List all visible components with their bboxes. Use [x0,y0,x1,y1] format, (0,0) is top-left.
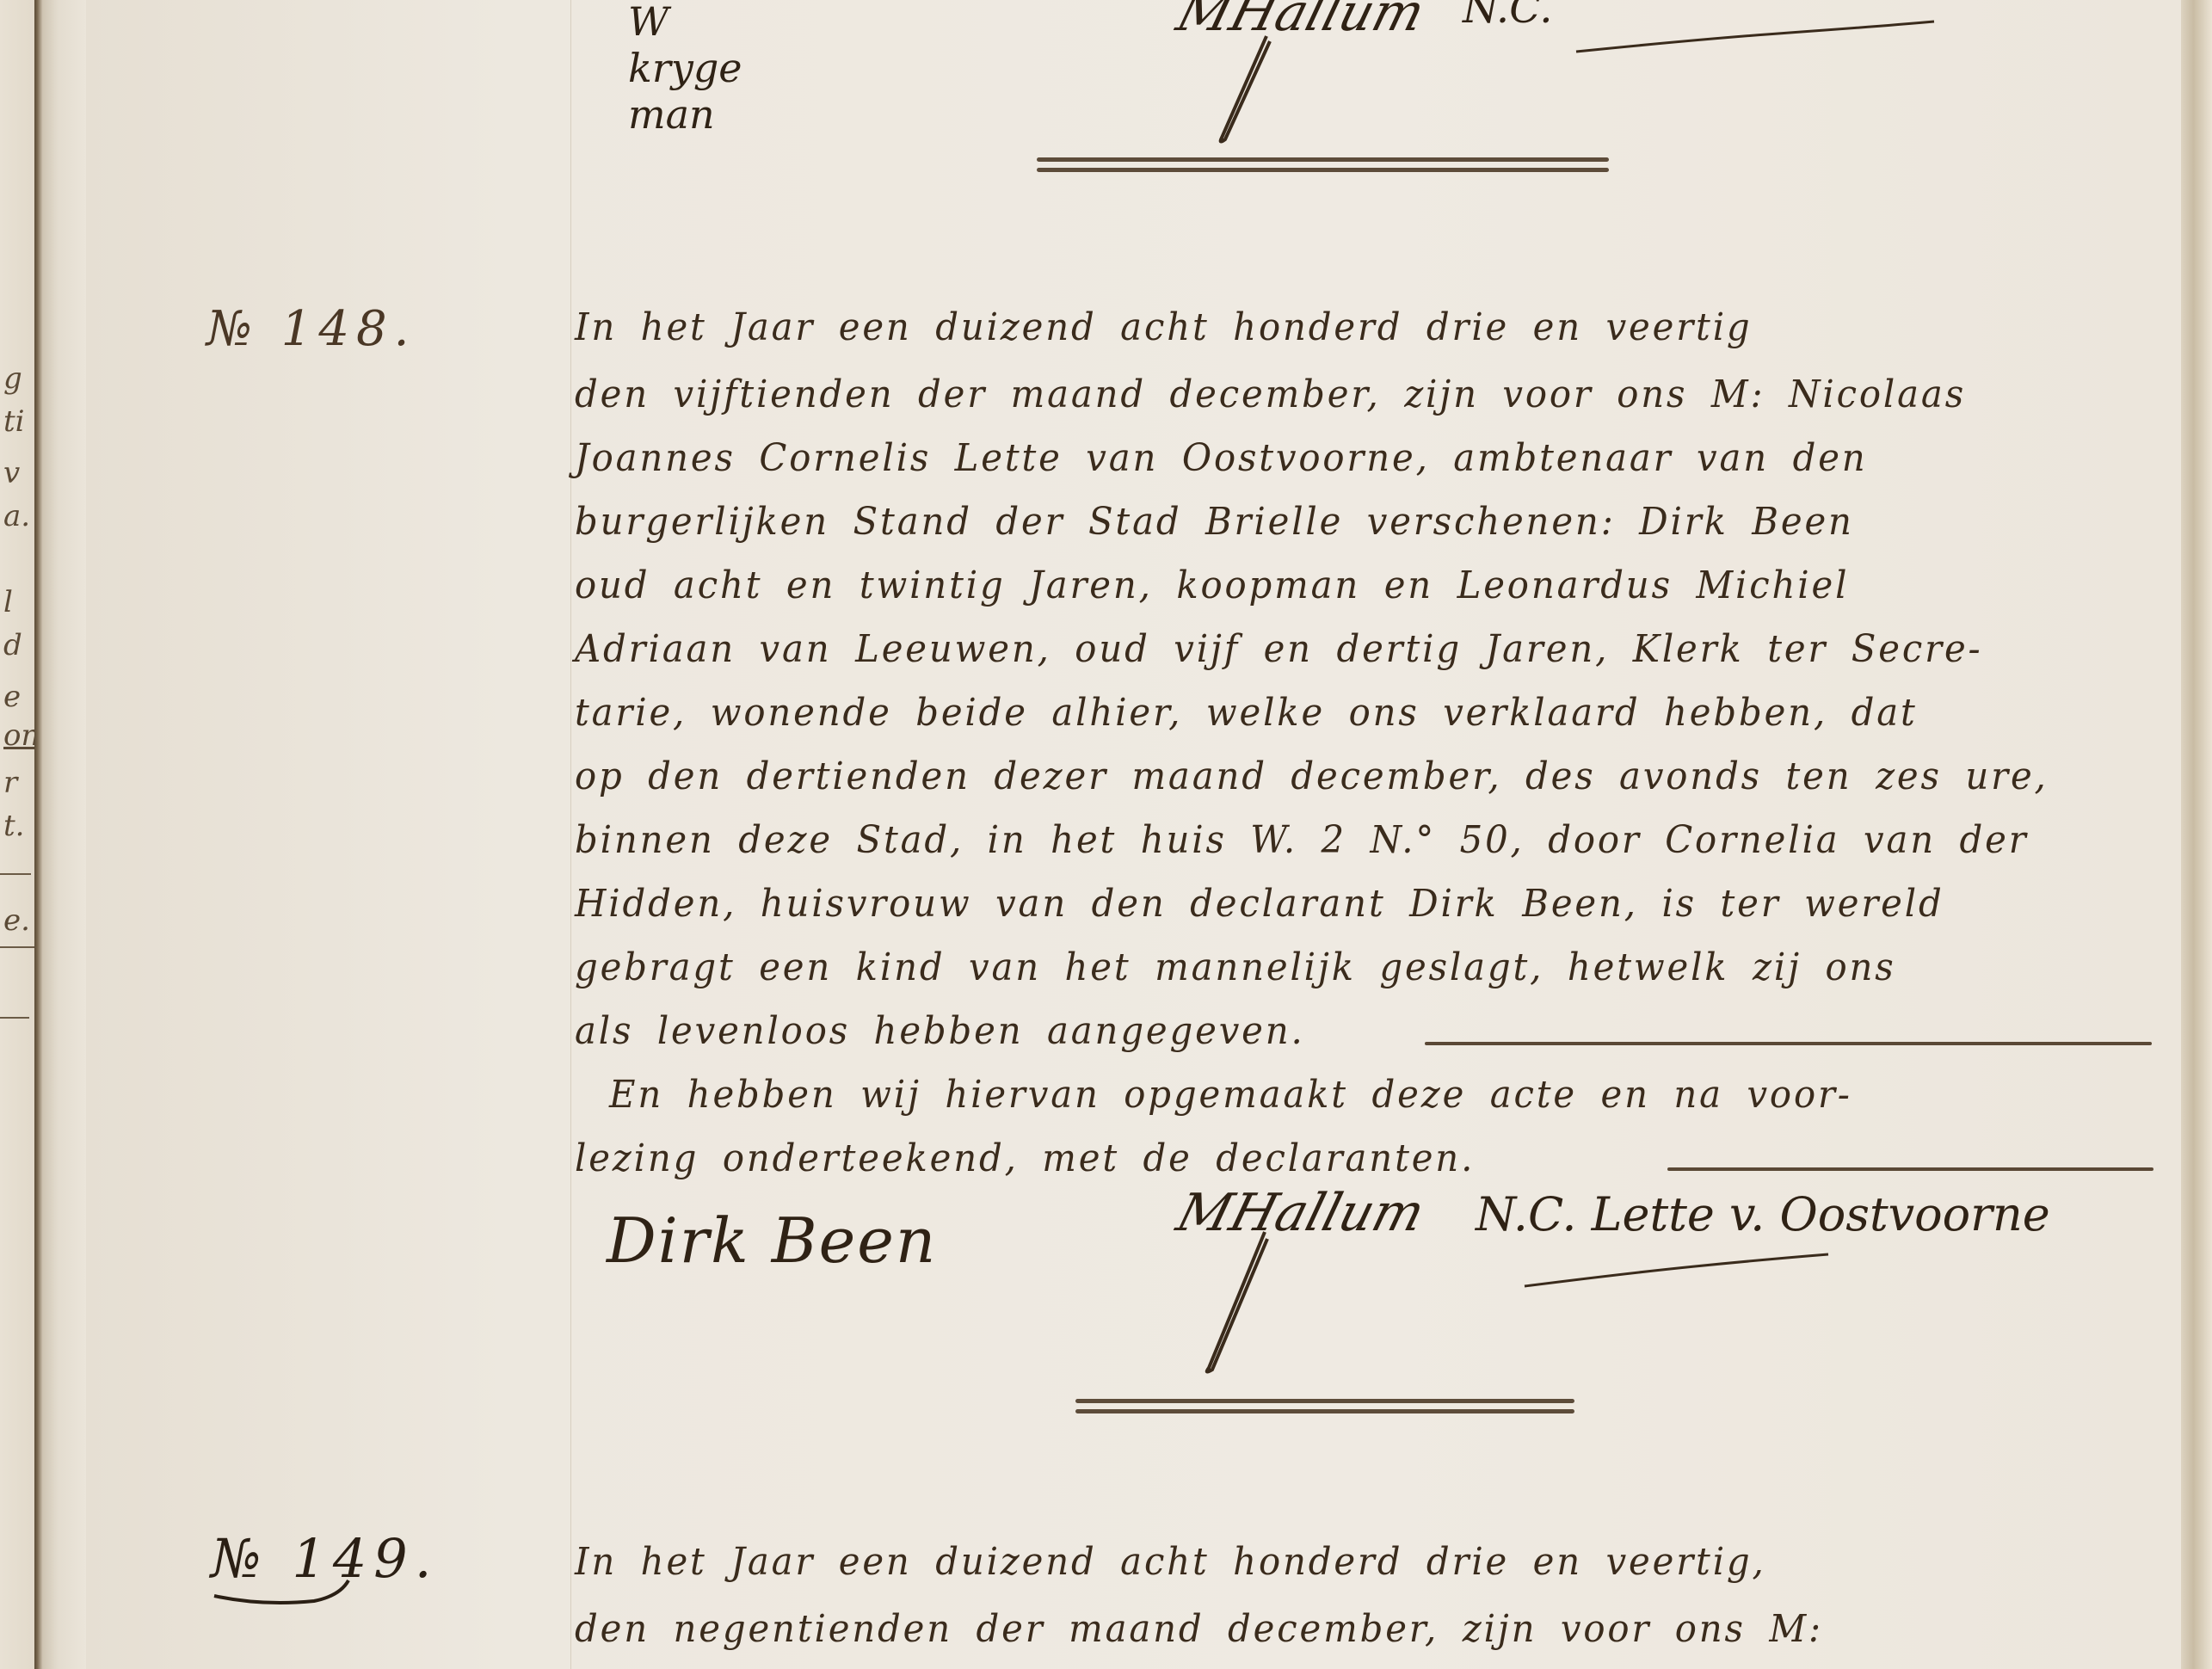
line-filler [1425,1042,2152,1045]
entry-line: tarie, wonende beide alhier, welke ons v… [575,691,1918,735]
signature-flourish [1213,34,1273,146]
left-fragment: ti [3,404,25,439]
signature-official-prev: N.C. [1463,0,1552,33]
number-underline-flourish [211,1579,357,1613]
entry-line: oud acht en twintig Jaren, koopman en Le… [575,564,1849,607]
entry-separator [1075,1399,1574,1420]
left-rule [0,946,38,948]
entry-closing-line: lezing onderteekend, met de declaranten. [575,1136,1475,1180]
entry-line: den vijftienden der maand december, zijn… [575,373,1966,416]
left-fragment: l [3,585,13,619]
entry-number-148: № 148. [206,301,416,357]
left-fragment: a. [3,499,30,533]
entry-line: Joannes Cornelis Lette van Oostvoorne, a… [575,436,1868,480]
entry-line: Hidden, huisvrouw van den declarant Dirk… [575,882,1944,926]
entry-separator [1037,157,1609,178]
entry-line: op den dertienden dezer maand december, … [575,754,2049,798]
entry-closing-line: En hebben wij hiervan opgemaakt deze act… [609,1073,1852,1117]
signature-underline [1574,17,1936,56]
entry-line: den negentienden der maand december, zij… [575,1607,1823,1651]
entry-line: binnen deze Stad, in het huis W. 2 N.° 5… [575,818,2029,862]
left-fragment: r [3,766,17,800]
entry-line: In het Jaar een duizend acht honderd dri… [575,305,1753,349]
left-fragment: t. [3,809,24,843]
signature-declarant: Dirk Been [607,1204,937,1277]
book-gutter [34,0,86,1669]
signature-flourish [1200,1230,1269,1376]
entry-line: als levenloos hebben aangegeven. [575,1009,1305,1053]
margin-line [570,0,571,1669]
signature-mhallum-prev: MHallum [1171,0,1431,43]
signature-underline [1523,1247,1833,1290]
entry-line: In het Jaar een duizend acht honderd dri… [575,1540,1766,1584]
left-rule [0,1017,29,1019]
left-fragment: d [3,628,22,662]
signature-witness-prev: W kryge man [628,0,742,138]
right-page-edge [2181,0,2212,1669]
signature-official: N.C. Lette v. Oostvoorne [1476,1187,2050,1241]
left-fragment: e. [3,903,30,938]
entry-line: burgerlijken Stand der Stad Brielle vers… [575,500,1854,544]
entry-line: gebragt een kind van het mannelijk gesla… [575,945,1896,989]
entry-line: Adriaan van Leeuwen, oud vijf en dertig … [575,627,1983,671]
left-fragment: v [3,456,20,490]
left-fragment: g [3,361,22,396]
left-rule [0,873,31,875]
line-filler [1667,1167,2153,1171]
left-fragment: e [3,680,21,714]
